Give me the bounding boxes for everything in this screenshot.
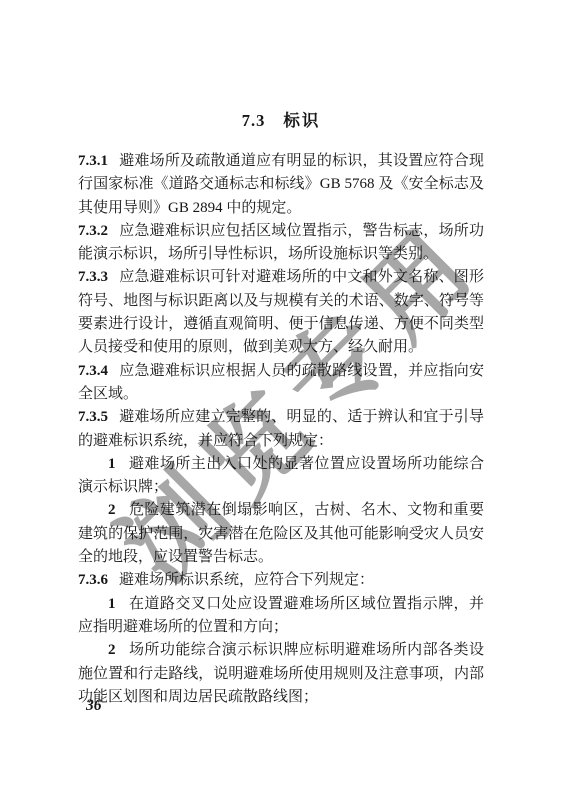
list-item-number: 2 [108, 642, 116, 658]
clause-7-3-4: 7.3.4应急避难标识应根据人员的疏散路线设置，并应指向安全区域。 [78, 360, 484, 407]
clause-text: 应急避难标识可针对避难场所的中文和外文名称、图形符号、地图与标识距离以及与规模有… [78, 269, 484, 355]
clause-7-3-6: 7.3.6避难场所标识系统，应符合下列规定： [78, 569, 484, 592]
clause-number: 7.3.1 [78, 153, 108, 169]
clause-text: 避难场所标识系统，应符合下列规定： [119, 572, 374, 588]
clause-7-3-5-item-1: 1避难场所主出入口处的显著位置应设置场所功能综合演示标识牌； [78, 453, 484, 500]
clause-text: 应急避难标识应包括区域位置指示，警告标志，场所功能演示标识，场所引导性标识，场所… [78, 223, 484, 262]
clause-number: 7.3.4 [78, 363, 108, 379]
list-item-number: 1 [108, 596, 116, 612]
list-item-text: 避难场所主出入口处的显著位置应设置场所功能综合演示标识牌； [78, 456, 484, 495]
clause-number: 7.3.5 [78, 409, 108, 425]
clause-7-3-5: 7.3.5避难场所应建立完整的、明显的、适于辨认和宜于引导的避难标识系统，并应符… [78, 406, 484, 453]
list-item-number: 2 [108, 502, 116, 518]
clause-7-3-6-item-2: 2场所功能综合演示标识牌应标明避难场所内部各类设施位置和行走路线，说明避难场所使… [78, 639, 484, 709]
clause-text: 应急避难标识应根据人员的疏散路线设置，并应指向安全区域。 [78, 363, 484, 402]
list-item-text: 场所功能综合演示标识牌应标明避难场所内部各类设施位置和行走路线，说明避难场所使用… [78, 642, 484, 705]
clause-7-3-6-item-1: 1在道路交叉口处应设置避难场所区域位置指示牌，并应指明避难场所的位置和方向； [78, 593, 484, 640]
clause-number: 7.3.2 [78, 223, 108, 239]
section-heading: 7.3标识 [78, 110, 484, 132]
section-heading-number: 7.3 [242, 111, 266, 130]
clause-7-3-2: 7.3.2应急避难标识应包括区域位置指示，警告标志，场所功能演示标识，场所引导性… [78, 220, 484, 267]
page-content: 7.3标识 7.3.1避难场所及疏散通道应有明显的标识，其设置应符合现行国家标准… [78, 110, 484, 709]
list-item-text: 在道路交叉口处应设置避难场所区域位置指示牌，并应指明避难场所的位置和方向； [78, 596, 484, 635]
clause-7-3-5-item-2: 2危险建筑潜在倒塌影响区，古树、名木、文物和重要建筑的保护范围，灾害潜在危险区及… [78, 499, 484, 569]
section-heading-title: 标识 [283, 111, 320, 130]
clause-text: 避难场所及疏散通道应有明显的标识，其设置应符合现行国家标准《道路交通标志和标线》… [78, 153, 484, 216]
document-page: 浏览专用 7.3标识 7.3.1避难场所及疏散通道应有明显的标识，其设置应符合现… [0, 0, 561, 804]
list-item-text: 危险建筑潜在倒塌影响区，古树、名木、文物和重要建筑的保护范围，灾害潜在危险区及其… [78, 502, 484, 565]
clause-number: 7.3.3 [78, 269, 108, 285]
clause-7-3-3: 7.3.3应急避难标识可针对避难场所的中文和外文名称、图形符号、地图与标识距离以… [78, 266, 484, 359]
clause-7-3-1: 7.3.1避难场所及疏散通道应有明显的标识，其设置应符合现行国家标准《道路交通标… [78, 150, 484, 220]
list-item-number: 1 [108, 456, 116, 472]
clause-number: 7.3.6 [78, 572, 108, 588]
clause-text: 避难场所应建立完整的、明显的、适于辨认和宜于引导的避难标识系统，并应符合下列规定… [78, 409, 484, 448]
page-number: 36 [86, 697, 102, 715]
